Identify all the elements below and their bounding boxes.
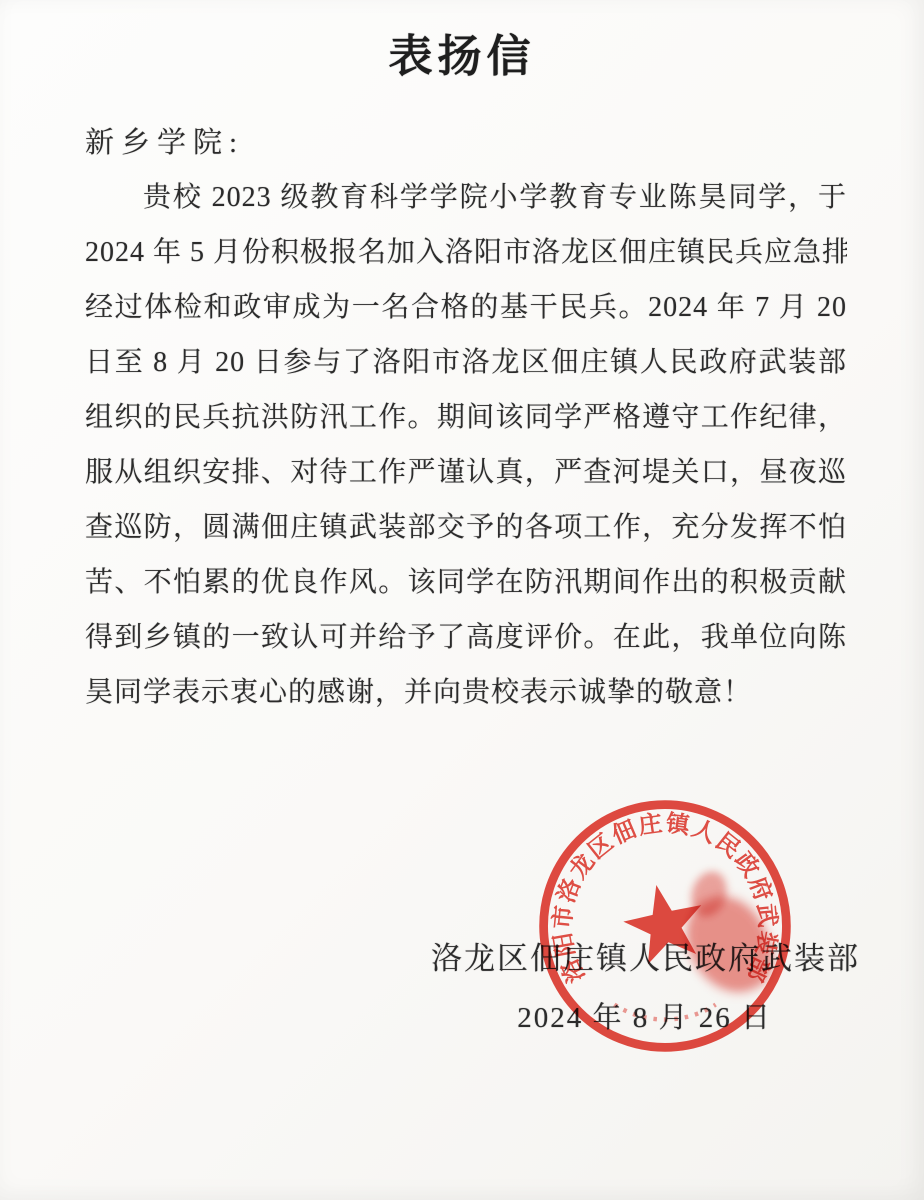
letter-title: 表扬信 [0, 20, 924, 84]
letter-body: 贵校 2023 级教育科学学院小学教育专业陈昊同学，于 2024 年 5 月份积… [85, 170, 847, 720]
body-line: 贵校 2023 级教育科学学院小学教育专业陈昊同学，于 [85, 170, 847, 225]
seal-serial-marks [614, 1005, 715, 1020]
body-line: 得到乡镇的一致认可并给予了高度评价。在此，我单位向陈 [85, 610, 847, 665]
body-line: 经过体检和政审成为一名合格的基干民兵。2024 年 7 月 20 [85, 280, 847, 335]
body-line: 苦、不怕累的优良作风。该同学在防汛期间作出的积极贡献 [85, 555, 847, 610]
body-line: 昊同学表示衷心的感谢，并向贵校表示诚挚的敬意！ [85, 665, 847, 720]
body-line: 组织的民兵抗洪防汛工作。期间该同学严格遵守工作纪律， [85, 390, 847, 445]
salutation: 新乡学院: [85, 120, 244, 161]
body-line: 服从组织安排、对待工作严谨认真，严查河堤关口，昼夜巡 [85, 445, 847, 500]
body-line: 2024 年 5 月份积极报名加入洛阳市洛龙区佃庄镇民兵应急排， [85, 225, 847, 280]
body-line: 日至 8 月 20 日参与了洛阳市洛龙区佃庄镇人民政府武装部 [85, 335, 847, 390]
letter-page: 表扬信 新乡学院: 贵校 2023 级教育科学学院小学教育专业陈昊同学，于 20… [0, 0, 924, 1200]
official-seal: 洛阳市洛龙区佃庄镇人民政府武装部 [534, 795, 796, 1057]
body-line: 查巡防，圆满佃庄镇武装部交予的各项工作，充分发挥不怕 [85, 500, 847, 555]
